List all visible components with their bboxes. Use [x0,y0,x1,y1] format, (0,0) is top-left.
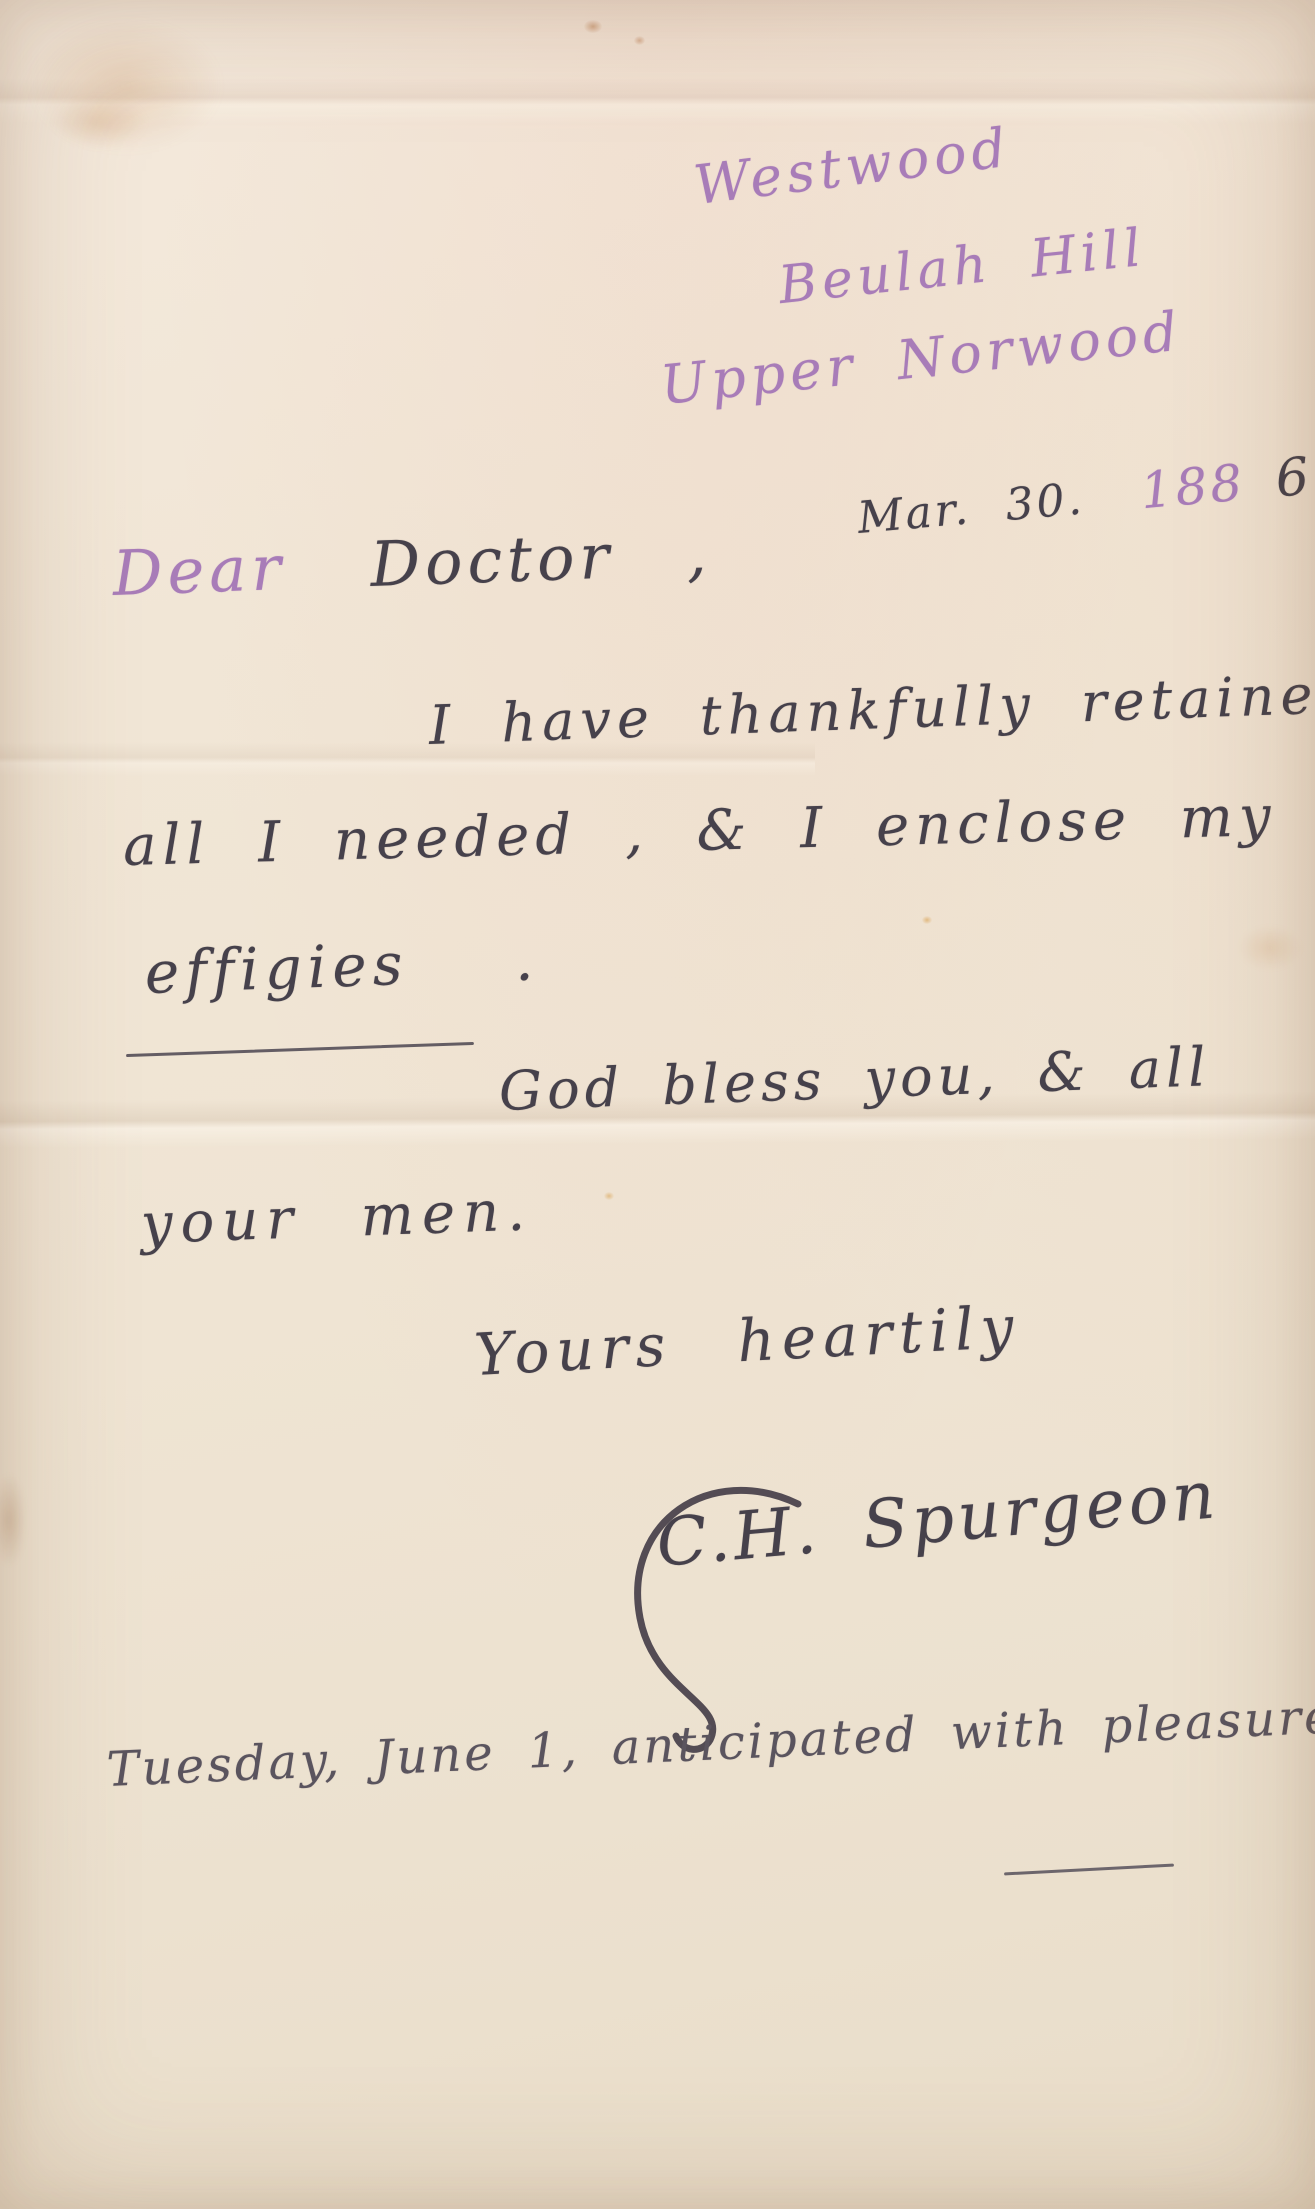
body-line-4: God bless you, & all [498,1037,1211,1121]
body-line-3-period: . [513,925,540,994]
letterhead-line-westwood: Westwood [691,118,1014,216]
ink-fleck-1 [922,916,932,924]
salutation-line: Dear Doctor , [112,519,713,608]
effigies-underline [126,1042,474,1057]
postscript-line: Tuesday, June 1, anticipated with pleasu… [106,1690,1315,1796]
ink-fleck-2 [604,1192,614,1200]
body-line-3-word-effigies: effigies [144,930,410,1007]
date-month-day: Mar. 30. [855,473,1086,544]
date-year-preprinted: 188 [1138,453,1247,520]
body-line-2: all I needed , & I enclose my [122,786,1277,878]
sheet-top-edge [0,78,1315,124]
foxing-dot-top-center [584,20,602,33]
body-line-1: I have thankfully retained [428,664,1315,756]
foxing-stain-right [1238,926,1302,970]
letterhead-line-upper-norwood: Upper Norwood [658,302,1185,416]
letterhead-line-beulah-hill: Beulah Hill [776,220,1148,315]
date-line: Mar. 30. 188 6 . [855,442,1315,545]
postscript-underline [1004,1864,1174,1876]
salutation-doctor: Doctor [369,520,615,601]
body-line-3: effigies . [144,928,540,1006]
signature-text: C.H. Spurgeon [654,1459,1222,1580]
salutation-comma: , [685,516,712,590]
valediction-line: Yours heartily [473,1295,1022,1387]
foxing-stain-left-edge [0,1474,26,1566]
date-year-digit: 6 [1273,446,1314,509]
foxing-dot-top-center-2 [634,36,645,45]
salutation-dear: Dear [112,531,287,610]
body-line-5: your men. [140,1180,534,1255]
letter-page: Westwood Beulah Hill Upper Norwood Mar. … [0,0,1315,2209]
